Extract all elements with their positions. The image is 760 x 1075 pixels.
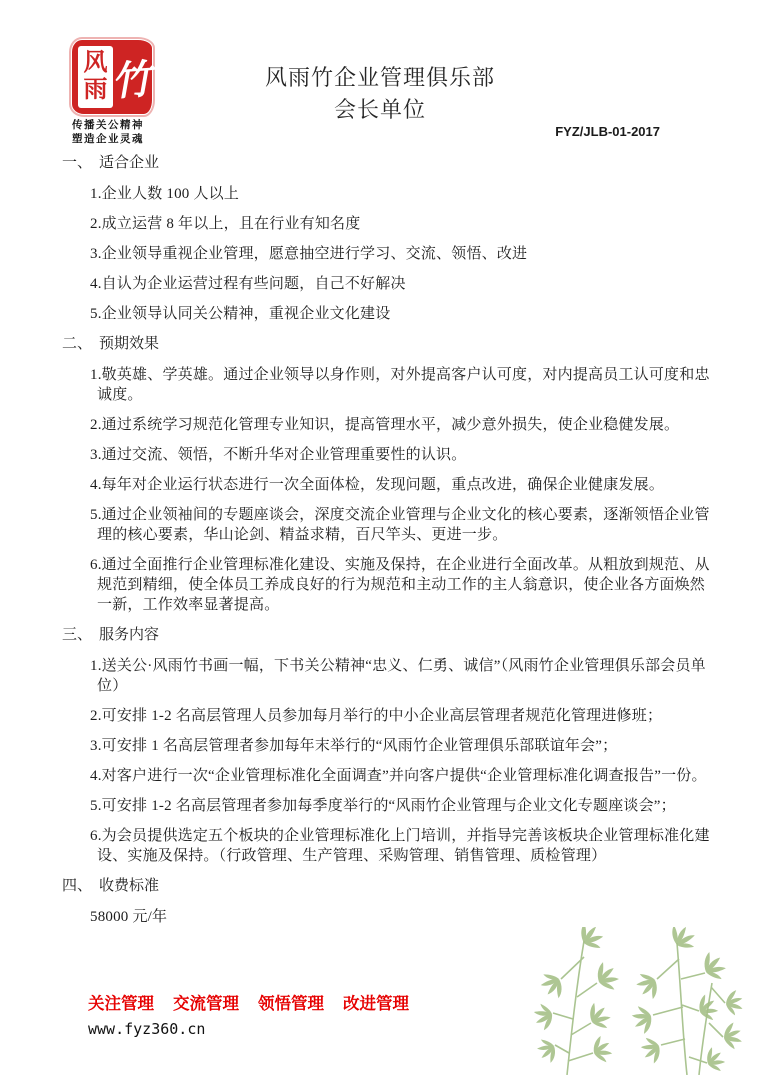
website-url: www.fyz360.cn: [88, 1020, 428, 1038]
list-item: 3.企业领导重视企业管理，愿意抽空进行学习、交流、领悟、改进: [0, 244, 712, 264]
list-item: 6.通过全面推行企业管理标准化建设、实施及保持，在企业进行全面改革。从粗放到规范…: [0, 555, 712, 615]
list-item: 2.成立运营 8 年以上，且在行业有知名度: [0, 214, 712, 234]
section-heading-fee-standard: 四、收费标准: [62, 876, 712, 897]
list-item: 3.通过交流、领悟，不断升华对企业管理重要性的认识。: [0, 445, 712, 465]
list-item: 4.对客户进行一次“企业管理标准化全面调查”并向客户提供“企业管理标准化调查报告…: [0, 766, 712, 786]
slogan-comprehend: 领悟管理: [258, 994, 324, 1013]
list-item: 4.自认为企业运营过程有些问题，自己不好解决: [0, 274, 712, 294]
document-page: 风 雨 竹 传播关公精神 塑造企业灵魂 风雨竹企业管理俱乐部 会长单位 FYZ/…: [0, 0, 760, 1075]
list-item: 3.可安排 1 名高层管理者参加每年末举行的“风雨竹企业管理俱乐部联谊年会”；: [0, 736, 712, 756]
list-item: 5.可安排 1-2 名高层管理者参加每季度举行的“风雨竹企业管理与企业文化专题座…: [0, 796, 712, 816]
tagline-line-2: 塑造企业灵魂: [72, 133, 222, 147]
list-item: 5.通过企业领袖间的专题座谈会，深度交流企业管理与企业文化的核心要素，逐渐领悟企…: [0, 505, 712, 545]
slogan-improve: 改进管理: [343, 994, 409, 1013]
document-code: FYZ/JLB-01-2017: [555, 124, 660, 139]
slogan-attention: 关注管理: [88, 994, 154, 1013]
list-item: 2.通过系统学习规范化管理专业知识，提高管理水平，减少意外损失，使企业稳健发展。: [0, 415, 712, 435]
section-heading-service-content: 三、服务内容: [62, 625, 712, 646]
title-block: 风雨竹企业管理俱乐部 会长单位: [0, 62, 760, 126]
bamboo-decoration-icon: [511, 927, 746, 1075]
list-item: 1.送关公·风雨竹书画一幅，下书关公精神“忠义、仁勇、诚信”（风雨竹企业管理俱乐…: [0, 656, 712, 696]
page-subtitle: 会长单位: [0, 94, 760, 126]
document-body: 一、适合企业 1.企业人数 100 人以上 2.成立运营 8 年以上，且在行业有…: [0, 153, 712, 937]
list-item: 1.敬英雄、学英雄。通过企业领导以身作则，对外提高客户认可度，对内提高员工认可度…: [0, 365, 712, 405]
page-footer: 关注管理交流管理领悟管理改进管理 www.fyz360.cn: [88, 995, 428, 1038]
list-item: 5.企业领导认同关公精神，重视企业文化建设: [0, 304, 712, 324]
section-heading-expected-results: 二、预期效果: [62, 334, 712, 355]
section-heading-suitable-enterprises: 一、适合企业: [62, 153, 712, 174]
list-item: 2.可安排 1-2 名高层管理人员参加每月举行的中小企业高层管理者规范化管理进修…: [0, 706, 712, 726]
list-item: 4.每年对企业运行状态进行一次全面体检，发现问题，重点改进，确保企业健康发展。: [0, 475, 712, 495]
slogan-row: 关注管理交流管理领悟管理改进管理: [88, 995, 428, 1013]
list-item: 6.为会员提供选定五个板块的企业管理标准化上门培训，并指导完善该板块企业管理标准…: [0, 826, 712, 866]
slogan-exchange: 交流管理: [173, 994, 239, 1013]
page-title: 风雨竹企业管理俱乐部: [0, 62, 760, 94]
fee-value: 58000 元/年: [0, 907, 712, 927]
list-item: 1.企业人数 100 人以上: [0, 184, 712, 204]
